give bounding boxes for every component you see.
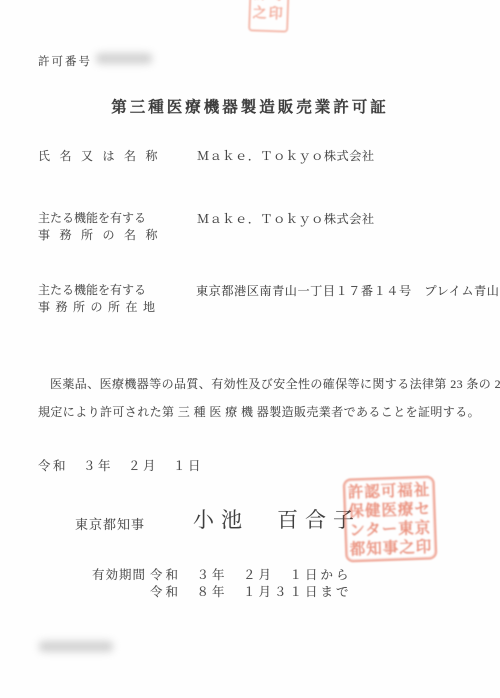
field-office-name-label-line1: 主たる機能を有する [38,210,167,227]
redacted-footer-text [39,641,113,652]
field-name-value: Ｍａｋｅ．Ｔｏｋｙｏ株式会社 [197,147,375,164]
issuer-signature: 小池 百合子 [193,504,361,534]
field-office-address-label-line2: 事務所の所在地 [38,299,161,316]
issue-date: 令和 ３年 ２月 １日 [38,456,203,474]
top-stamp-clip: 許可 之印 [246,0,296,37]
body-text-line1: 医薬品、医療機器等の品質、有効性及び安全性の確保等に関する法律第 23 条の 2… [50,375,500,392]
body-text-line2: 規定により許可された第 三 種 医 療 機 器製造販売業者であることを証明する。 [38,403,480,420]
field-name-label: 氏名又は名称 [38,147,167,164]
document-title: 第三種医療機器製造販売業許可証 [0,95,500,117]
field-office-name-label-line2: 事務所の名称 [38,227,167,244]
validity-from: 令和 ３年 ２月 １日から [150,565,352,583]
license-certificate-page: 許可 之印 許可番号 第三種医療機器製造販売業許可証 氏名又は名称 Ｍａｋｅ．Ｔ… [0,0,500,698]
validity-label: 有効期間 [92,565,146,583]
permit-number-label: 許可番号 [38,53,92,69]
field-office-address-label-line1: 主たる機能を有する [38,282,161,299]
field-office-name-label: 主たる機能を有する 事務所の名称 [38,210,167,244]
issuer-title: 東京都知事 [75,514,145,533]
seal-row: 都知事之印 [347,537,436,559]
governor-seal-icon: 許認可福祉 保健医療セ ンター東京 都知事之印 [343,475,438,562]
registration-stamp-icon: 許可 之印 [248,0,290,33]
field-office-name-value: Ｍａｋｅ．Ｔｏｋｙｏ株式会社 [197,210,375,227]
field-office-address-label: 主たる機能を有する 事務所の所在地 [38,282,161,316]
stamp-row: 之印 [250,4,287,24]
redacted-permit-number [96,53,152,64]
field-office-address-value: 東京都港区南青山一丁目１７番１４号 プレイム青山 [196,282,499,299]
validity-to: 令和 ８年 １月３１日まで [150,582,352,600]
